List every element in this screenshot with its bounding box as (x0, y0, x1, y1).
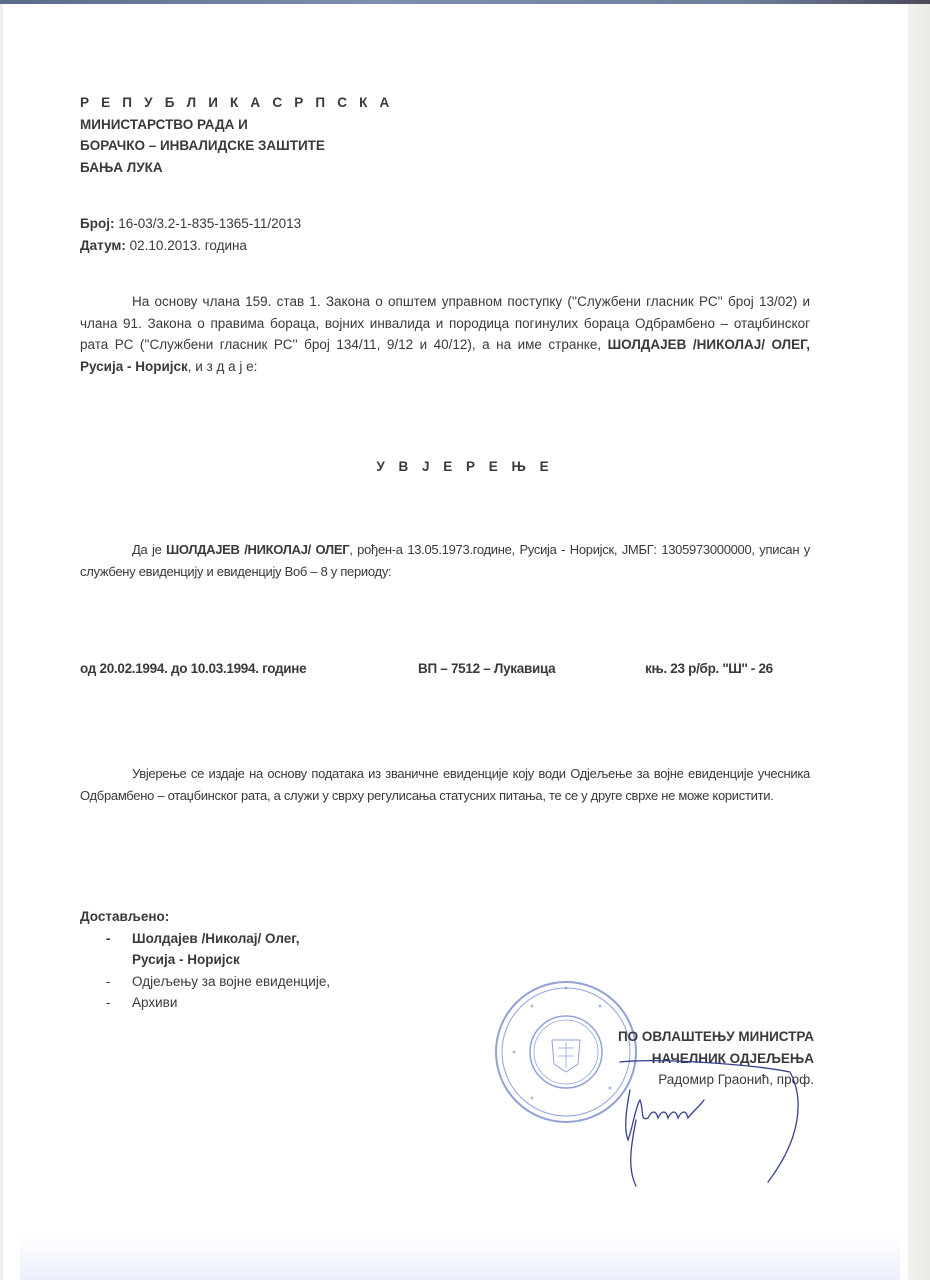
body-lead: Да је (132, 542, 166, 557)
header-city: БАЊА ЛУКА (80, 157, 393, 179)
scan-bottom-shadow (20, 1235, 900, 1280)
service-record: књ. 23 р/бр. ''Ш'' - 26 (645, 661, 773, 676)
intro-issue-text: , и з д а ј е: (188, 359, 258, 374)
delivered-item-line: Русија - Норијск (132, 949, 330, 971)
header-ministry: МИНИСТАРСТВО РАДА И (80, 114, 393, 136)
date-value: 02.10.2013. година (130, 238, 247, 253)
delivered-item-line: Шолдајев /Николај/ Олег, (132, 928, 330, 950)
service-dates: од 20.02.1994. до 10.03.1994. године (80, 661, 306, 676)
handwritten-signature-icon (600, 1060, 820, 1190)
scan-top-edge (0, 0, 930, 4)
scan-left-edge (0, 4, 3, 1280)
list-dash: - (106, 928, 111, 950)
delivered-item-line: Одјељењу за војне евиденције, (132, 971, 330, 993)
legal-basis-paragraph: На основу члана 159. став 1. Закона о оп… (80, 291, 810, 377)
subject-name: ШОЛДАЈЕВ /НИКОЛАЈ/ ОЛЕГ (166, 542, 349, 557)
list-dash: - (106, 992, 111, 1014)
date-label: Датум: (80, 238, 126, 253)
document-title: У В Ј Е Р Е Њ Е (0, 459, 930, 474)
document-date: Датум: 02.10.2013. година (80, 235, 301, 257)
list-dash: - (106, 971, 111, 993)
delivered-item: - Архиви (80, 992, 330, 1014)
service-unit: ВП – 7512 – Лукавица (418, 661, 555, 676)
closing-paragraph: Увјерење се издаје на основу података из… (80, 763, 810, 806)
number-value: 16-03/3.2-1-835-1365-11/2013 (118, 216, 301, 231)
certificate-body: Да је ШОЛДАЈЕВ /НИКОЛАЈ/ ОЛЕГ, рођен-а 1… (80, 539, 810, 582)
delivered-item: - Шолдајев /Николај/ Олег, Русија - Нори… (80, 928, 330, 971)
delivered-item-line: Архиви (132, 992, 330, 1014)
delivered-item: - Одјељењу за војне евиденције, (80, 971, 330, 993)
delivered-to: Достављено: - Шолдајев /Николај/ Олег, Р… (80, 906, 330, 1014)
document-meta: Број: 16-03/3.2-1-835-1365-11/2013 Датум… (80, 213, 301, 256)
document-number: Број: 16-03/3.2-1-835-1365-11/2013 (80, 213, 301, 235)
header-republic: Р Е П У Б Л И К А С Р П С К А (80, 92, 393, 114)
signature-authority: ПО ОВЛАШТЕЊУ МИНИСТРА (560, 1026, 814, 1048)
delivered-heading: Достављено: (80, 906, 330, 928)
header-ministry-cont: БОРАЧКО – ИНВАЛИДСКЕ ЗАШТИТЕ (80, 135, 393, 157)
number-label: Број: (80, 216, 114, 231)
scan-right-edge (908, 4, 930, 1280)
institution-header: Р Е П У Б Л И К А С Р П С К А МИНИСТАРСТ… (80, 92, 393, 178)
